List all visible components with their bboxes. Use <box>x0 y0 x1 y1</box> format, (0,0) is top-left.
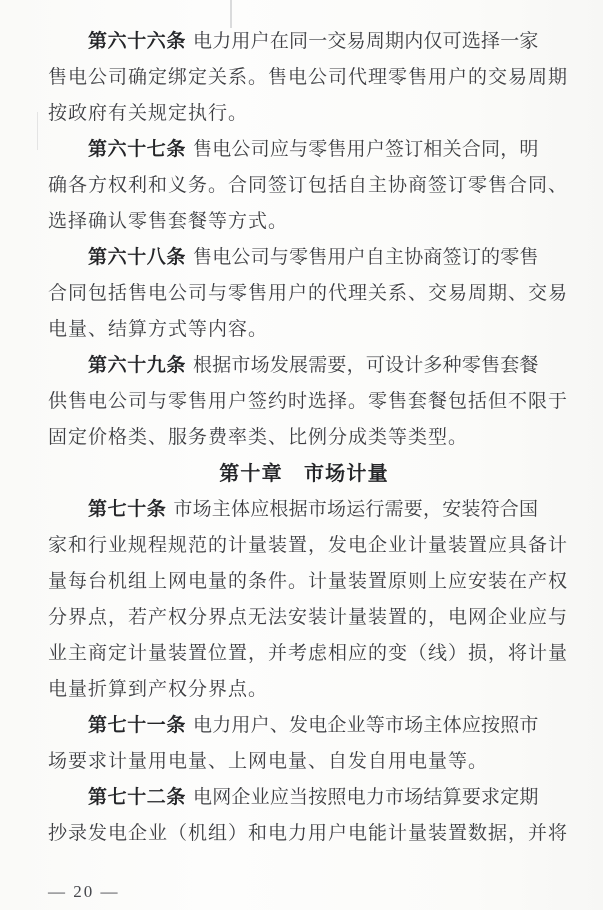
article-paragraph: 第六十七条售电公司应与零售用户签订相关合同，明 确各方权利和义务。合同签订包括自… <box>48 132 560 240</box>
text-line: 抄录发电企业（机组）和电力用户电能计量装置数据，并将 <box>48 816 560 852</box>
text-line: 场要求计量用电量、上网电量、自发自用电量等。 <box>48 744 560 780</box>
text-line: 分界点，若产权分界点无法安装计量装置的，电网企业应与 <box>48 600 560 636</box>
article-number: 第六十九条 <box>88 355 186 376</box>
article-number: 第七十二条 <box>88 787 186 808</box>
text-line: 电量、结算方式等内容。 <box>48 312 560 348</box>
text-line: 业主商定计量装置位置，并考虑相应的变（线）损，将计量 <box>48 636 560 672</box>
article-text: 电网企业应当按照电力市场结算要求定期 <box>193 787 539 808</box>
text-line: 第七十一条电力用户、发电企业等市场主体应按照市 <box>48 708 560 744</box>
article-paragraph: 第六十九条根据市场发展需要，可设计多种零售套餐 供售电公司与零售用户签约时选择。… <box>48 348 560 456</box>
text-line: 量每台机组上网电量的条件。计量装置原则上应安装在产权 <box>48 564 560 600</box>
page-number: — 20 — <box>48 882 120 902</box>
text-line: 按政府有关规定执行。 <box>48 96 560 132</box>
article-text: 市场主体应根据市场运行需要，安装符合国 <box>173 499 538 520</box>
article-text: 售电公司与零售用户自主协商签订的零售 <box>193 247 539 268</box>
article-paragraph: 第七十条市场主体应根据市场运行需要，安装符合国 家和行业规程规范的计量装置，发电… <box>48 492 560 708</box>
chapter-heading: 第十章 市场计量 <box>48 456 560 492</box>
text-line: 第六十九条根据市场发展需要，可设计多种零售套餐 <box>48 348 560 384</box>
article-text: 电力用户、发电企业等市场主体应按照市 <box>193 715 539 736</box>
text-line: 电量折算到产权分界点。 <box>48 672 560 708</box>
document-body: 第六十六条电力用户在同一交易周期内仅可选择一家 售电公司确定绑定关系。售电公司代… <box>48 24 560 852</box>
article-number: 第六十七条 <box>88 139 186 160</box>
text-line: 确各方权利和义务。合同签订包括自主协商签订零售合同、 <box>48 168 560 204</box>
article-number: 第七十条 <box>88 499 166 520</box>
article-text: 电力用户在同一交易周期内仅可选择一家 <box>193 31 539 52</box>
article-text: 售电公司应与零售用户签订相关合同，明 <box>193 139 539 160</box>
text-line: 合同包括售电公司与零售用户的代理关系、交易周期、交易 <box>48 276 560 312</box>
text-line: 第六十八条售电公司与零售用户自主协商签订的零售 <box>48 240 560 276</box>
text-line: 第六十七条售电公司应与零售用户签订相关合同，明 <box>48 132 560 168</box>
document-page: 第六十六条电力用户在同一交易周期内仅可选择一家 售电公司确定绑定关系。售电公司代… <box>0 0 603 910</box>
article-number: 第六十六条 <box>88 31 186 52</box>
text-line: 第六十六条电力用户在同一交易周期内仅可选择一家 <box>48 24 560 60</box>
scan-artifact <box>37 112 38 150</box>
article-text: 根据市场发展需要，可设计多种零售套餐 <box>193 355 539 376</box>
article-number: 第六十八条 <box>88 247 186 268</box>
text-line: 固定价格类、服务费率类、比例分成类等类型。 <box>48 420 560 456</box>
article-paragraph: 第六十八条售电公司与零售用户自主协商签订的零售 合同包括售电公司与零售用户的代理… <box>48 240 560 348</box>
text-line: 第七十二条电网企业应当按照电力市场结算要求定期 <box>48 780 560 816</box>
article-number: 第七十一条 <box>88 715 186 736</box>
text-line: 售电公司确定绑定关系。售电公司代理零售用户的交易周期 <box>48 60 560 96</box>
text-line: 供售电公司与零售用户签约时选择。零售套餐包括但不限于 <box>48 384 560 420</box>
text-line: 家和行业规程规范的计量装置，发电企业计量装置应具备计 <box>48 528 560 564</box>
text-line: 选择确认零售套餐等方式。 <box>48 204 560 240</box>
article-paragraph: 第七十二条电网企业应当按照电力市场结算要求定期 抄录发电企业（机组）和电力用户电… <box>48 780 560 852</box>
article-paragraph: 第七十一条电力用户、发电企业等市场主体应按照市 场要求计量用电量、上网电量、自发… <box>48 708 560 780</box>
text-line: 第七十条市场主体应根据市场运行需要，安装符合国 <box>48 492 560 528</box>
article-paragraph: 第六十六条电力用户在同一交易周期内仅可选择一家 售电公司确定绑定关系。售电公司代… <box>48 24 560 132</box>
